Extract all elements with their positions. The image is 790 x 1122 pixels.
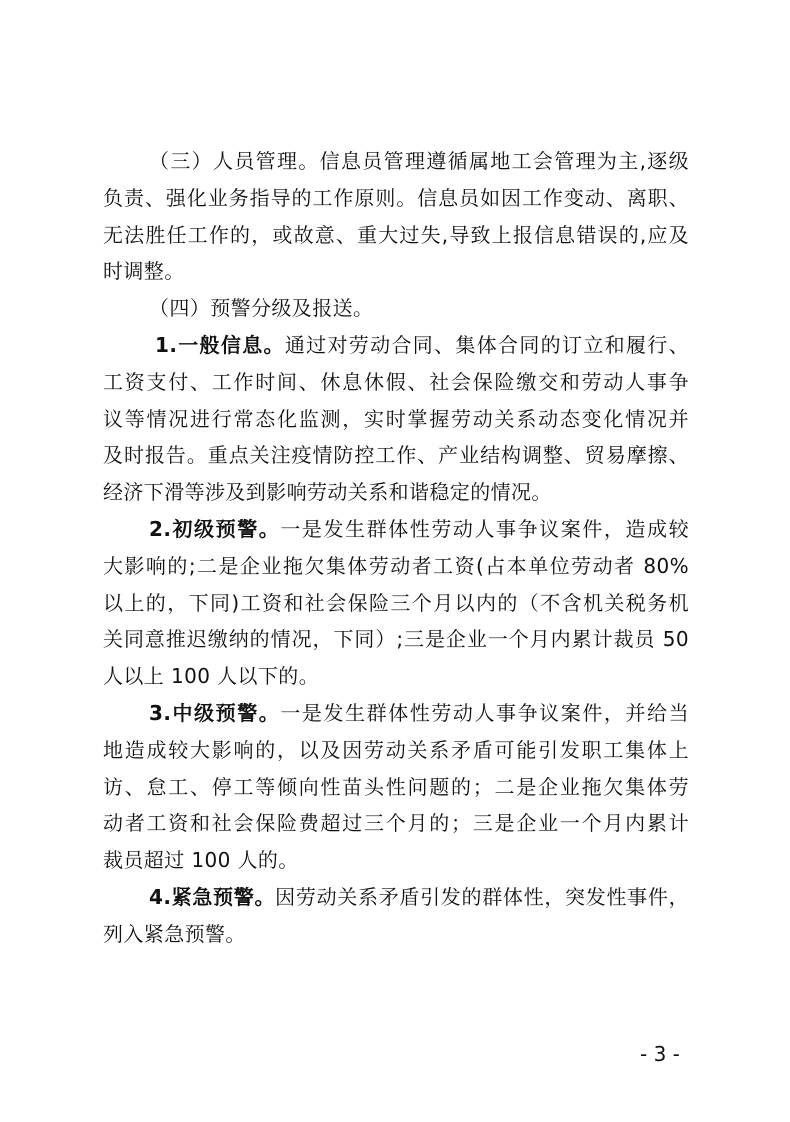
text-line: 动者工资和社会保险费超过三个月的；三是企业一个月内累计: [103, 805, 689, 842]
text-line: 议等情况进行常态化监测，实时掌握劳动关系动态变化情况并: [103, 401, 689, 438]
text-span: 一是发生群体性劳动人事争议案件，造成较: [280, 517, 689, 541]
item-lead-primary-warning: 2.初级预警。: [149, 517, 280, 541]
page-number: - 3 -: [640, 1042, 680, 1066]
text-line: 无法胜任工作的，或故意、重大过失,导致上报信息错误的,应及: [103, 217, 689, 254]
text-line: 负责、强化业务指导的工作原则。信息员如因工作变动、离职、: [103, 180, 689, 217]
text-line: 2.初级预警。一是发生群体性劳动人事争议案件，造成较: [103, 511, 689, 548]
text-span: 通过对劳动合同、集体合同的订立和履行、: [285, 333, 689, 357]
text-line: 1.一般信息。通过对劳动合同、集体合同的订立和履行、: [103, 327, 689, 364]
text-line: 工资支付、工作时间、休息休假、社会保险缴交和劳动人事争: [103, 364, 689, 401]
text-line: 大影响的;二是企业拖欠集体劳动者工资(占本单位劳动者 80%: [103, 548, 689, 585]
paragraph-personnel-management: （三）人员管理。信息员管理遵循属地工会管理为主,逐级 负责、强化业务指导的工作原…: [103, 143, 689, 290]
text-line: 访、怠工、停工等倾向性苗头性问题的；二是企业拖欠集体劳: [103, 769, 689, 806]
text-line: 裁员超过 100 人的。: [103, 842, 689, 879]
text-span: 一是发生群体性劳动人事争议案件，并给当: [280, 701, 689, 725]
text-line: 经济下滑等涉及到影响劳动关系和谐稳定的情况。: [103, 474, 689, 511]
text-line: 列入紧急预警。: [103, 916, 689, 953]
text-line: 3.中级预警。一是发生群体性劳动人事争议案件，并给当: [103, 695, 689, 732]
paragraph-general-info: 1.一般信息。通过对劳动合同、集体合同的订立和履行、 工资支付、工作时间、休息休…: [103, 327, 689, 511]
text-line: 地造成较大影响的，以及因劳动关系矛盾可能引发职工集体上: [103, 732, 689, 769]
section-heading-warning-levels: （四）预警分级及报送。: [103, 290, 689, 327]
text-line: 人以上 100 人以下的。: [103, 658, 689, 695]
item-lead-emergency-warning: 4.紧急预警。: [149, 885, 275, 909]
text-span: 因劳动关系矛盾引发的群体性，突发性事件，: [275, 885, 689, 909]
section-heading: （四）预警分级及报送。: [103, 290, 689, 327]
paragraph-emergency-warning: 4.紧急预警。因劳动关系矛盾引发的群体性，突发性事件， 列入紧急预警。: [103, 879, 689, 953]
paragraph-intermediate-warning: 3.中级预警。一是发生群体性劳动人事争议案件，并给当 地造成较大影响的，以及因劳…: [103, 695, 689, 879]
item-lead-general-info: 1.一般信息。: [155, 333, 285, 357]
text-line: 以上的，下同)工资和社会保险三个月以内的（不含机关税务机: [103, 585, 689, 622]
text-line: 及时报告。重点关注疫情防控工作、产业结构调整、贸易摩擦、: [103, 437, 689, 474]
text-line: 关同意推迟缴纳的情况，下同）;三是企业一个月内累计裁员 50: [103, 621, 689, 658]
text-line: 4.紧急预警。因劳动关系矛盾引发的群体性，突发性事件，: [103, 879, 689, 916]
item-lead-intermediate-warning: 3.中级预警。: [149, 701, 280, 725]
text-line: 时调整。: [103, 253, 689, 290]
paragraph-primary-warning: 2.初级预警。一是发生群体性劳动人事争议案件，造成较 大影响的;二是企业拖欠集体…: [103, 511, 689, 695]
document-body: （三）人员管理。信息员管理遵循属地工会管理为主,逐级 负责、强化业务指导的工作原…: [103, 143, 689, 953]
text-line: （三）人员管理。信息员管理遵循属地工会管理为主,逐级: [103, 143, 689, 180]
